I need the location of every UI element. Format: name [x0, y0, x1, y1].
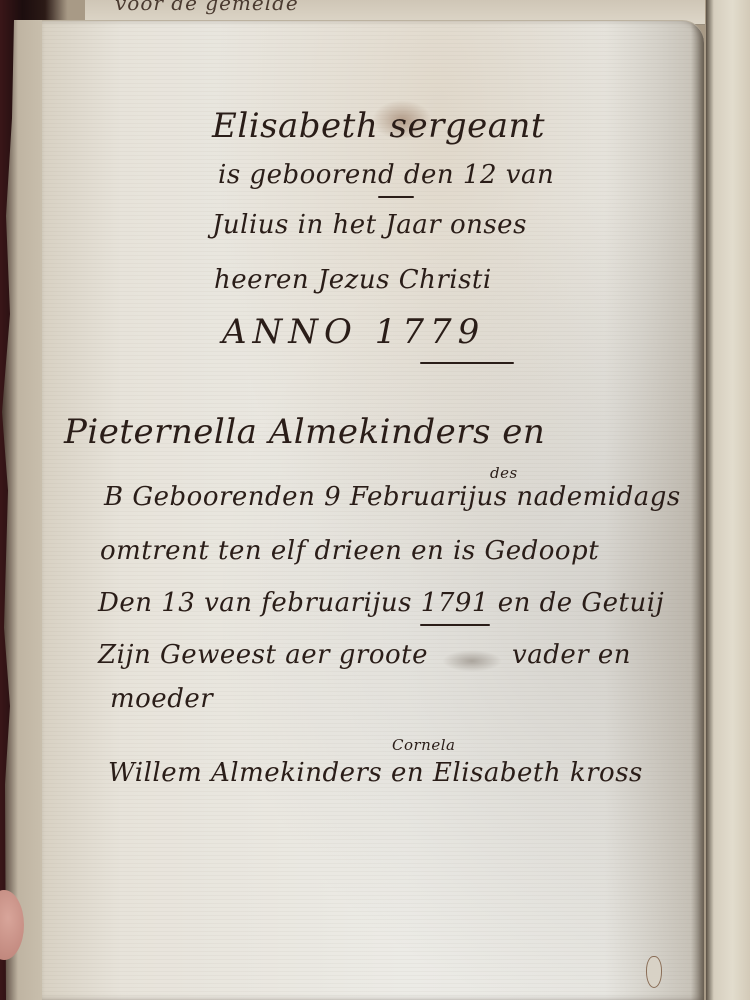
entry2-parents: Willem Almekinders en Elisabeth kross — [108, 758, 643, 788]
photo-scene: a 17 n voor de gemelde Elisabeth sergean… — [0, 0, 750, 1000]
year-underline — [420, 362, 514, 364]
paper-hole — [646, 956, 662, 988]
date-underline — [378, 196, 414, 198]
entry2-line2: B Geboorenden 9 Februarijus nademidags — [104, 482, 681, 512]
entry2-line4: Den 13 van februarijus 1791 en de Getuij — [98, 588, 664, 618]
entry2-superscript-des: des — [490, 464, 518, 482]
entry1-line2: is geboorend den 12 van — [218, 160, 554, 190]
top-edge-text: voor de gemelde — [115, 0, 299, 15]
entry1-line4: heeren Jezus Christi — [214, 265, 492, 295]
entry2-line5: Zijn Geweest aer groote — [98, 640, 428, 670]
entry1-name: Elisabeth sergeant — [212, 106, 545, 146]
baptism-year-underline — [420, 624, 490, 626]
entry2-superscript-cornela: Cornela — [392, 736, 455, 754]
entry2-name: Pieternella Almekinders en — [64, 412, 545, 452]
entry2-line6: moeder — [110, 684, 213, 714]
entry1-line3: Julius in het Jaar onses — [212, 210, 527, 240]
entry2-line5-end: vader en — [512, 640, 631, 670]
entry1-year: ANNO 1779 — [222, 312, 485, 352]
smudge — [442, 650, 502, 672]
book-cover-edge — [706, 0, 750, 1000]
entry2-line3: omtrent ten elf drieen en is Gedoopt — [100, 536, 599, 566]
manuscript-page: Elisabeth sergeant is geboorend den 12 v… — [42, 20, 704, 1000]
